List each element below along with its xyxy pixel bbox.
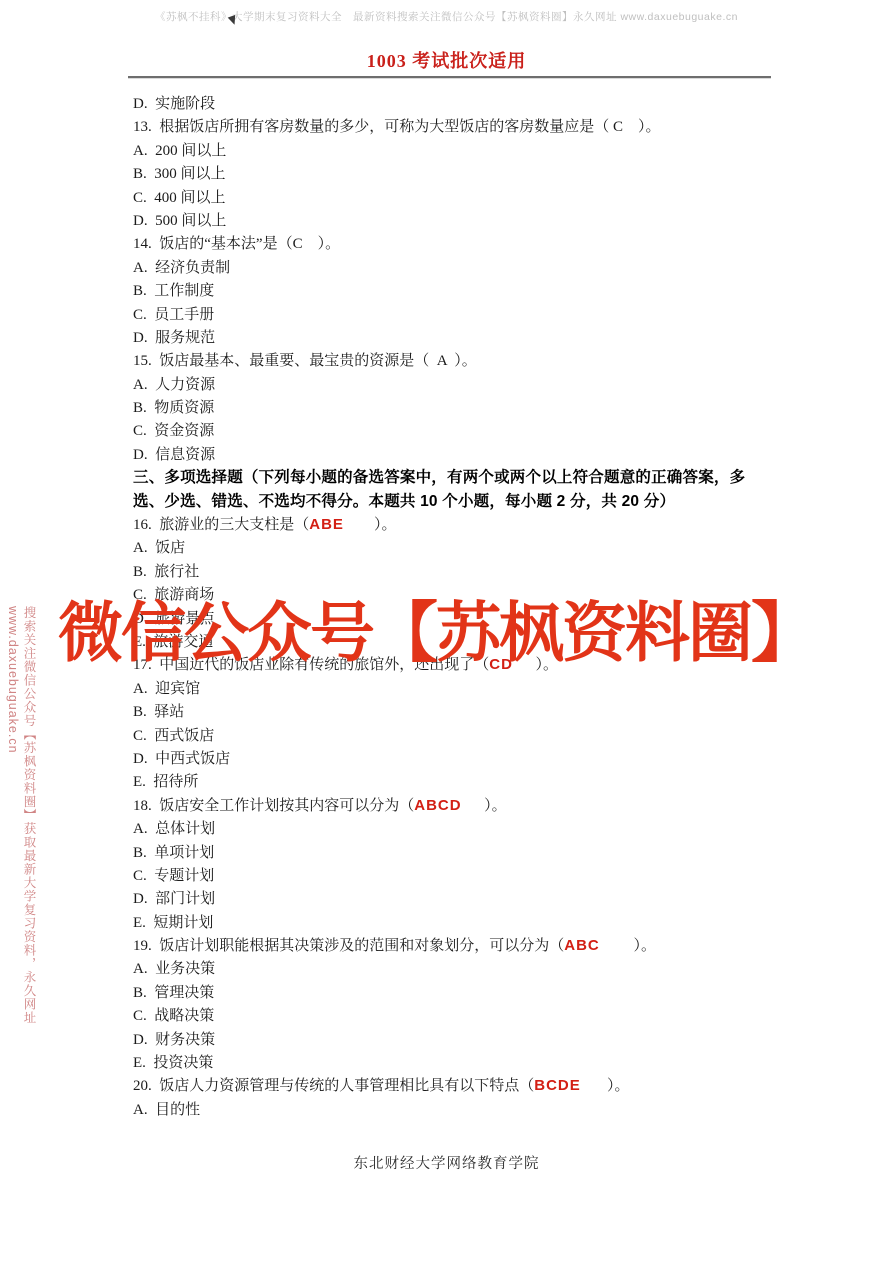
question-line: A. 人力资源 bbox=[133, 373, 783, 396]
question-line: D. 实施阶段 bbox=[133, 92, 783, 115]
question-line: C. 专题计划 bbox=[133, 864, 783, 887]
question-line: B. 单项计划 bbox=[133, 841, 783, 864]
question-line: C. 资金资源 bbox=[133, 419, 783, 442]
question-line: B. 驿站 bbox=[133, 700, 783, 723]
line-prefix: D. 实施阶段 bbox=[133, 96, 215, 112]
line-prefix: B. 单项计划 bbox=[133, 845, 214, 861]
answer-key: ABCD bbox=[414, 797, 461, 814]
line-prefix: A. 200 间以上 bbox=[133, 143, 226, 159]
line-prefix: 16. 旅游业的三大支柱是（ bbox=[133, 517, 309, 533]
question-line: C. 400 间以上 bbox=[133, 186, 783, 209]
answer-key: ABE bbox=[309, 516, 344, 533]
line-suffix: ）。 bbox=[462, 798, 507, 814]
question-line: E. 招待所 bbox=[133, 770, 783, 793]
line-prefix: D. 中西式饭店 bbox=[133, 751, 230, 767]
line-prefix: E. 投资决策 bbox=[133, 1055, 213, 1071]
line-prefix: 19. 饭店计划职能根据其决策涉及的范围和对象划分，可以分为（ bbox=[133, 938, 564, 954]
line-prefix: C. 员工手册 bbox=[133, 307, 214, 323]
question-line: A. 迎宾馆 bbox=[133, 677, 783, 700]
line-suffix: ）。 bbox=[344, 517, 397, 533]
answer-key: BCDE bbox=[534, 1077, 581, 1094]
line-suffix: ）。 bbox=[581, 1078, 630, 1094]
question-line: C. 西式饭店 bbox=[133, 724, 783, 747]
line-prefix: C. 资金资源 bbox=[133, 423, 214, 439]
question-line: 15. 饭店最基本、最重要、最宝贵的资源是（ A ）。 bbox=[133, 349, 783, 372]
question-line: 选、少选、错选、不选均不得分。本题共 10 个小题，每小题 2 分，共 20 分… bbox=[133, 490, 783, 513]
line-prefix: D. 财务决策 bbox=[133, 1032, 215, 1048]
question-line: B. 管理决策 bbox=[133, 981, 783, 1004]
line-prefix: E. 短期计划 bbox=[133, 915, 213, 931]
line-prefix: B. 300 间以上 bbox=[133, 166, 226, 182]
page-title: 1003 考试批次适用 bbox=[0, 47, 893, 73]
question-line: 16. 旅游业的三大支柱是（ABE ）。 bbox=[133, 513, 783, 536]
line-prefix: A. 总体计划 bbox=[133, 821, 215, 837]
question-line: A. 业务决策 bbox=[133, 957, 783, 980]
footer-text: 东北财经大学网络教育学院 bbox=[0, 1152, 893, 1173]
question-line: D. 信息资源 bbox=[133, 443, 783, 466]
line-prefix: A. 饭店 bbox=[133, 540, 185, 556]
line-prefix: D. 服务规范 bbox=[133, 330, 215, 346]
line-prefix: 选、少选、错选、不选均不得分。本题共 10 个小题，每小题 2 分，共 20 分… bbox=[133, 493, 675, 510]
question-line: D. 财务决策 bbox=[133, 1028, 783, 1051]
question-line: B. 300 间以上 bbox=[133, 162, 783, 185]
side-note-vertical: 搜索关注微信公众号【苏枫资料圈】获取最新大学复习资料，永久网址 www.daxu… bbox=[6, 606, 38, 1126]
header-note: 《苏枫不挂科》大学期末复习资料大全 最新资料搜索关注微信公众号【苏枫资料圈】永久… bbox=[0, 9, 893, 24]
question-line: A. 饭店 bbox=[133, 536, 783, 559]
line-prefix: 三、多项选择题（下列每小题的备选答案中，有两个或两个以上符合题意的正确答案，多 bbox=[133, 469, 745, 486]
answer-key: ABC bbox=[564, 937, 600, 954]
line-prefix: B. 工作制度 bbox=[133, 283, 214, 299]
line-prefix: A. 迎宾馆 bbox=[133, 681, 200, 697]
line-prefix: D. 500 间以上 bbox=[133, 213, 226, 229]
line-prefix: B. 旅行社 bbox=[133, 564, 199, 580]
question-line: 14. 饭店的“基本法”是（C ）。 bbox=[133, 232, 783, 255]
line-prefix: A. 人力资源 bbox=[133, 377, 215, 393]
question-line: C. 战略决策 bbox=[133, 1004, 783, 1027]
question-line: C. 员工手册 bbox=[133, 303, 783, 326]
line-prefix: E. 招待所 bbox=[133, 774, 198, 790]
question-line: 13. 根据饭店所拥有客房数量的多少，可称为大型饭店的客房数量应是（ C ）。 bbox=[133, 115, 783, 138]
line-prefix: A. 业务决策 bbox=[133, 961, 215, 977]
question-line: A. 经济负责制 bbox=[133, 256, 783, 279]
question-line: D. 500 间以上 bbox=[133, 209, 783, 232]
question-line: B. 物质资源 bbox=[133, 396, 783, 419]
question-line: 18. 饭店安全工作计划按其内容可以分为（ABCD ）。 bbox=[133, 794, 783, 817]
line-prefix: D. 部门计划 bbox=[133, 891, 215, 907]
line-prefix: 20. 饭店人力资源管理与传统的人事管理相比具有以下特点（ bbox=[133, 1078, 534, 1094]
line-suffix: ）。 bbox=[600, 938, 656, 954]
question-line: D. 部门计划 bbox=[133, 887, 783, 910]
line-prefix: B. 驿站 bbox=[133, 704, 184, 720]
line-prefix: C. 专题计划 bbox=[133, 868, 214, 884]
line-prefix: A. 目的性 bbox=[133, 1102, 200, 1118]
question-line: B. 工作制度 bbox=[133, 279, 783, 302]
line-prefix: 18. 饭店安全工作计划按其内容可以分为（ bbox=[133, 798, 414, 814]
line-prefix: 13. 根据饭店所拥有客房数量的多少，可称为大型饭店的客房数量应是（ C ）。 bbox=[133, 119, 661, 135]
line-prefix: D. 信息资源 bbox=[133, 447, 215, 463]
watermark-text: 微信公众号【苏枫资料圈】 bbox=[58, 580, 814, 674]
question-line: E. 短期计划 bbox=[133, 911, 783, 934]
question-line: D. 中西式饭店 bbox=[133, 747, 783, 770]
line-prefix: B. 物质资源 bbox=[133, 400, 214, 416]
question-line: D. 服务规范 bbox=[133, 326, 783, 349]
question-line: A. 目的性 bbox=[133, 1098, 783, 1121]
line-prefix: C. 战略决策 bbox=[133, 1008, 214, 1024]
question-line: 19. 饭店计划职能根据其决策涉及的范围和对象划分，可以分为（ABC ）。 bbox=[133, 934, 783, 957]
line-prefix: A. 经济负责制 bbox=[133, 260, 230, 276]
question-line: 三、多项选择题（下列每小题的备选答案中，有两个或两个以上符合题意的正确答案，多 bbox=[133, 466, 783, 489]
question-line: A. 总体计划 bbox=[133, 817, 783, 840]
line-prefix: 14. 饭店的“基本法”是（C ）。 bbox=[133, 236, 340, 252]
question-line: A. 200 间以上 bbox=[133, 139, 783, 162]
line-prefix: 15. 饭店最基本、最重要、最宝贵的资源是（ A ）。 bbox=[133, 353, 477, 369]
line-prefix: C. 西式饭店 bbox=[133, 728, 214, 744]
line-prefix: C. 400 间以上 bbox=[133, 190, 226, 206]
question-line: E. 投资决策 bbox=[133, 1051, 783, 1074]
line-prefix: B. 管理决策 bbox=[133, 985, 214, 1001]
question-line: 20. 饭店人力资源管理与传统的人事管理相比具有以下特点（BCDE ）。 bbox=[133, 1074, 783, 1097]
header-divider bbox=[128, 76, 771, 79]
